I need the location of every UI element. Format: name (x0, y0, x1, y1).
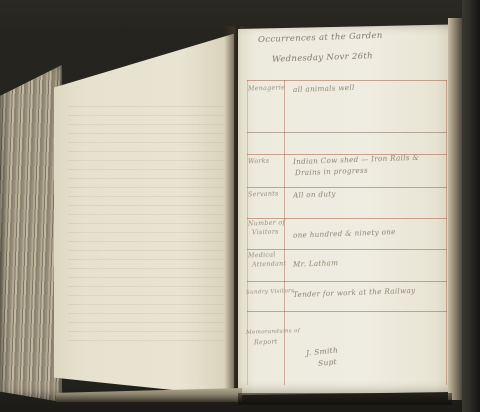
bottom-page-edge (56, 388, 242, 402)
row-label: Works (248, 158, 270, 166)
row-label: Attendant (252, 260, 287, 268)
table-rule-horizontal (247, 249, 447, 250)
row-label: Visitors (252, 229, 279, 237)
table-rule-horizontal (247, 132, 447, 133)
left-blank-page (54, 28, 234, 400)
row-label: Report (254, 339, 278, 347)
row-entry: Mr. Latham (293, 258, 339, 269)
table-rule-horizontal (247, 311, 447, 312)
table-rule-vertical (284, 80, 285, 385)
book-cover-edge (462, 0, 480, 412)
table-rule-horizontal (247, 187, 447, 188)
table-rule-horizontal (247, 281, 447, 282)
table-rule-vertical (446, 80, 447, 385)
row-entry: All on duty (293, 189, 336, 199)
faint-ruled-lines (68, 98, 224, 348)
table-rule-vertical (247, 80, 248, 385)
table-rule-horizontal (247, 80, 447, 81)
left-page-stack-edge (0, 58, 62, 402)
bottom-shadow (238, 393, 452, 405)
row-label: Number of (248, 219, 285, 227)
row-label: Medical (248, 252, 276, 260)
row-label: Menagerie (248, 84, 285, 92)
row-label: Servants (248, 190, 279, 198)
photograph-of-open-ledger: Occurrences at the Garden Wednesday Novr… (0, 0, 480, 412)
